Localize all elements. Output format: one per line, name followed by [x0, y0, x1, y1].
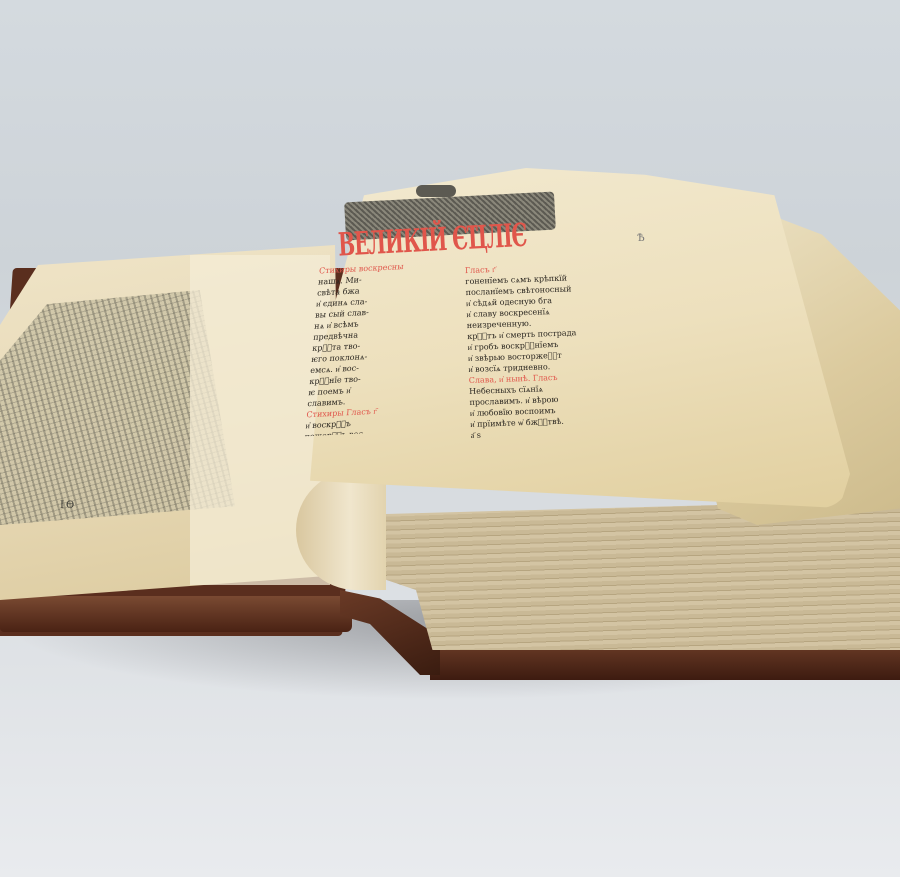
page-marker: а҃ ѕ [471, 431, 482, 440]
photo-scene: ІѲ ВЕЛИКІЙ ЄҴЛІЄ Ѣ Стихиры воскресны наш… [0, 0, 900, 877]
column2-rubric: Слава, и҆ нынѣ. Гласъ [469, 373, 558, 385]
subtitle-left: Стихиры воскресны [319, 262, 404, 275]
column2-text: гоненїемъ сѧмъ крѣпкїй посланїемъ свѣтон… [465, 274, 576, 374]
pencil-mark: Ѣ [637, 233, 645, 244]
woodcut-caption: ІѲ [60, 500, 76, 511]
text-column-1: Стихиры воскресны нашѧ. Ми- свѣта бжа и҆… [305, 258, 470, 437]
headpiece-cross-ornament [416, 185, 456, 197]
left-cover-edge [0, 596, 352, 632]
column2-text2: Небесныхъ сїѧнїѧ прославимъ. и҆ вѣрою и҆… [469, 384, 564, 429]
subtitle-right: Гласъ г҃ [465, 265, 496, 275]
text-column-2: Гласъ г҃ гоненїемъ сѧмъ крѣпкїй посланїе… [465, 259, 647, 455]
column1-rubric: Стихиры Гласъ г҃ [306, 407, 377, 420]
page-block-edge [350, 500, 900, 650]
column1-text: нашѧ. Ми- свѣта бжа и҆ єдинѧ сла- вы сый… [307, 275, 369, 408]
